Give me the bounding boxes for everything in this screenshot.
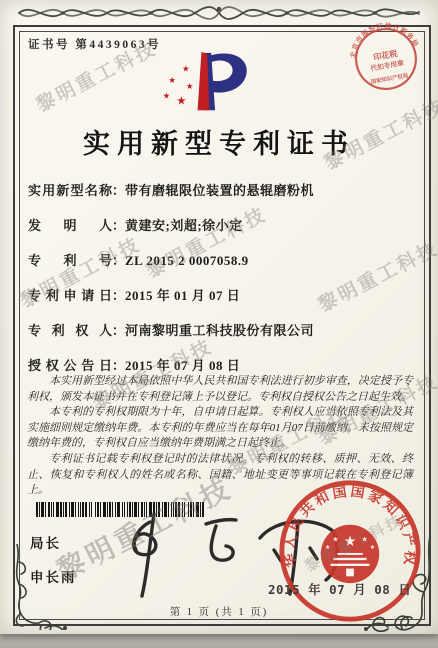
field-label: 实用新型名称 bbox=[28, 180, 112, 202]
logo-red-spike bbox=[198, 52, 210, 110]
colon: ： bbox=[112, 253, 125, 268]
certificate-photo: 证书号 第4439063号 北京市海淀区地方税务局 印花税 代扣专用章 国家知识… bbox=[0, 0, 438, 648]
field-value: 2015 年 01 月 07 日 bbox=[125, 288, 240, 303]
page-title: 实用新型专利证书 bbox=[0, 122, 438, 161]
field-value: 2015 年 07 月 08 日 bbox=[125, 358, 240, 373]
colon: ： bbox=[112, 323, 125, 338]
field-label: 专利申请日 bbox=[28, 285, 112, 307]
svg-text:★: ★ bbox=[176, 94, 186, 107]
field-value: ZL 2015 2 0007058.9 bbox=[125, 253, 249, 268]
svg-text:★: ★ bbox=[163, 91, 171, 101]
top-ornament bbox=[8, 0, 430, 26]
certificate-paper: 证书号 第4439063号 北京市海淀区地方税务局 印花税 代扣专用章 国家知识… bbox=[0, 0, 438, 634]
sipo-logo-icon: ★ ★ ★ ★ ★ bbox=[142, 50, 292, 118]
svg-text:★: ★ bbox=[168, 75, 176, 85]
svg-text:★: ★ bbox=[332, 535, 338, 543]
national-seal: 中华人民共和国国家知识产权局 ★ ★ ★ ★ ★ bbox=[277, 478, 423, 624]
director-title: 局长 bbox=[30, 532, 77, 552]
logo-p-bowl bbox=[209, 54, 247, 93]
field-value: 河南黎明重工科技股份有限公司 bbox=[125, 323, 314, 338]
legal-paragraph-1: 本实用新型经过本局依照中华人民共和国专利法进行初步审查，决定授予专利权，颁发本证… bbox=[27, 374, 413, 405]
logo-stars-icon: ★ ★ ★ ★ ★ bbox=[163, 63, 194, 107]
director-block: 局长 申长雨 bbox=[30, 532, 77, 600]
field-row-patent-number: 专利号：ZL 2015 2 0007058.9 bbox=[28, 250, 414, 272]
colon: ： bbox=[112, 288, 125, 303]
svg-text:★: ★ bbox=[186, 81, 194, 91]
field-label: 专利号 bbox=[28, 250, 112, 272]
svg-text:★: ★ bbox=[325, 544, 330, 551]
field-row-patentee: 专利权人：河南黎明重工科技股份有限公司 bbox=[28, 320, 414, 342]
field-row-name: 实用新型名称：带有磨辊限位装置的悬辊磨粉机 bbox=[28, 180, 414, 202]
svg-text:★: ★ bbox=[182, 63, 190, 73]
field-value: 带有磨辊限位装置的悬辊磨粉机 bbox=[125, 183, 314, 198]
svg-text:★: ★ bbox=[370, 544, 375, 551]
colon: ： bbox=[112, 358, 125, 373]
field-label: 发明人 bbox=[28, 215, 112, 237]
svg-text:★: ★ bbox=[343, 534, 356, 550]
tax-stamp-seal: 北京市海淀区地方税务局 印花税 代扣专用章 国家知识产权局 bbox=[342, 15, 430, 103]
colon: ： bbox=[112, 218, 125, 233]
colon: ： bbox=[112, 183, 125, 198]
legal-paragraph-2: 本专利的专利权期限为十年，自申请日起算。专利权人应当依照专利法及其实施细则规定缴… bbox=[27, 405, 413, 452]
grant-date-stamp: 2015 年 07 月 08 日 bbox=[268, 580, 411, 598]
field-row-inventors: 发明人：黄建安;刘超;徐小定 bbox=[28, 215, 414, 237]
tax-seal-center-line1: 印花税 bbox=[372, 48, 398, 62]
national-emblem-icon: ★ ★ ★ ★ ★ bbox=[321, 525, 379, 583]
field-list: 实用新型名称：带有磨辊限位装置的悬辊磨粉机 发明人：黄建安;刘超;徐小定 专利号… bbox=[28, 180, 414, 390]
svg-text:★: ★ bbox=[362, 535, 368, 543]
field-value: 黄建安;刘超;徐小定 bbox=[125, 218, 243, 233]
director-name: 申长雨 bbox=[30, 566, 77, 586]
field-label: 专利权人 bbox=[28, 320, 112, 342]
field-row-filing-date: 专利申请日：2015 年 01 月 07 日 bbox=[28, 285, 414, 307]
